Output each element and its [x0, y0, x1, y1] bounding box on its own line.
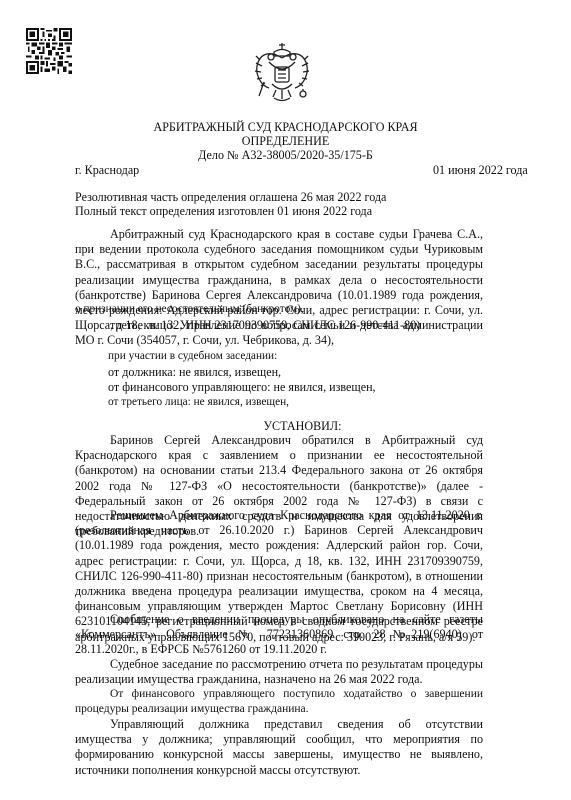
attendance-financial-manager: от финансового управляющего: не явился, …: [108, 380, 376, 395]
attendance-debtor: от должника: не явился, извещен,: [108, 365, 281, 380]
document-date: 01 июня 2022 года: [433, 163, 528, 178]
participation-line: при участии в судебном заседании:: [108, 349, 277, 364]
recognition-line: о признании его несостоятельным (банкрот…: [75, 303, 304, 315]
qr-code-icon: [26, 26, 72, 76]
document-type: ОПРЕДЕЛЕНИЕ: [0, 134, 571, 149]
coat-of-arms-icon: [252, 40, 312, 106]
body-paragraph: Сообщение о введении процедуры опубликов…: [75, 612, 483, 658]
operative-part-announced: Резолютивная часть определения оглашена …: [75, 190, 386, 205]
body-paragraph: От финансового управляющего поступило хо…: [75, 687, 483, 717]
body-paragraph: Управляющий должника представил сведения…: [75, 717, 483, 778]
attendance-third-party: от третьего лица: не явился, извещен,: [108, 395, 289, 410]
third-party-paragraph: третье лицо: Управление по вопросам семь…: [75, 318, 483, 348]
case-number: Дело № А32-38005/2020-35/175-Б: [0, 148, 571, 163]
established-heading: УСТАНОВИЛ:: [17, 419, 571, 434]
full-text-prepared: Полный текст определения изготовлен 01 и…: [75, 204, 372, 219]
place: г. Краснодар: [75, 163, 139, 178]
court-name: АРБИТРАЖНЫЙ СУД КРАСНОДАРСКОГО КРАЯ: [0, 120, 571, 135]
body-paragraph: Судебное заседание по рассмотрению отчет…: [75, 657, 483, 687]
